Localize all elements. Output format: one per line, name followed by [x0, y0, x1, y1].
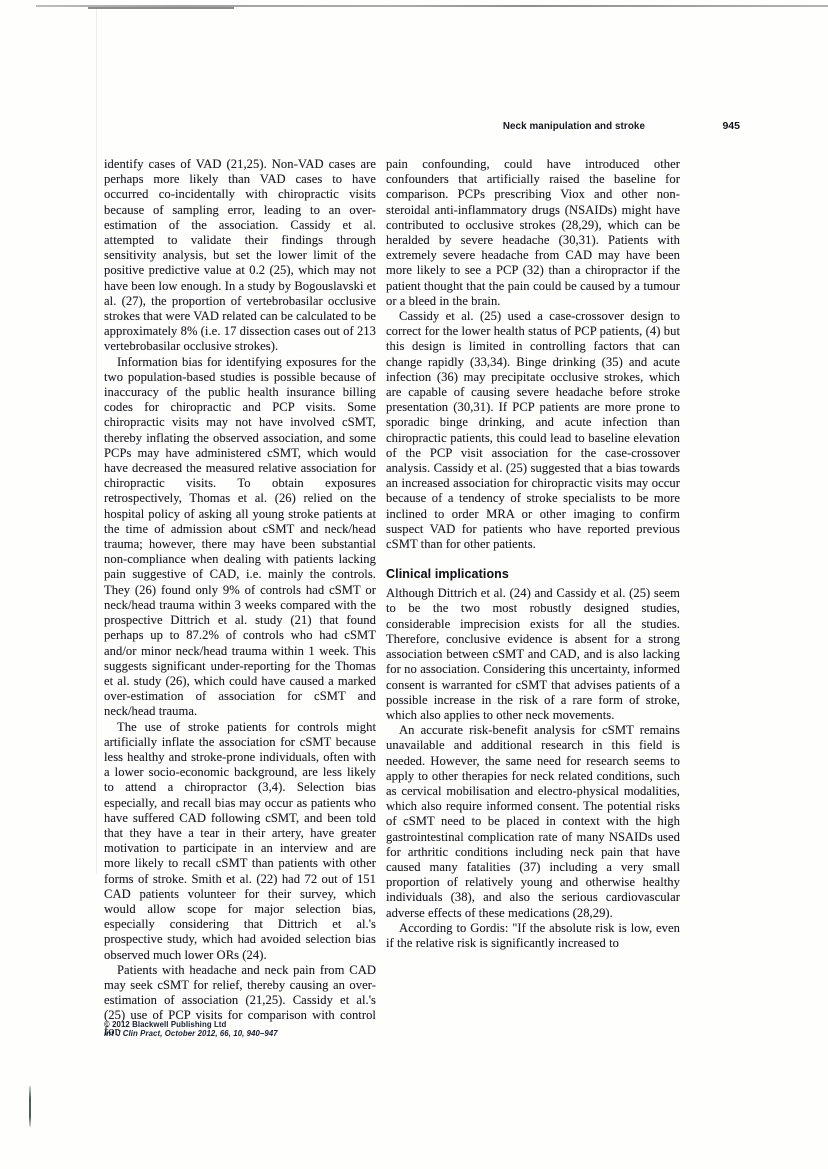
paragraph: Although Dittrich et al. (24) and Cassid…: [386, 586, 680, 723]
section-heading-clinical-implications: Clinical implications: [386, 567, 680, 581]
paragraph: Cassidy et al. (25) used a case-crossove…: [386, 309, 680, 552]
paragraph: The use of stroke patients for controls …: [104, 720, 376, 963]
page-footer: © 2012 Blackwell Publishing Ltd Int J Cl…: [104, 1020, 278, 1038]
right-text-column: pain confounding, could have introduced …: [386, 157, 680, 951]
journal-citation-line: Int J Clin Pract, October 2012, 66, 10, …: [104, 1029, 278, 1038]
paragraph-continued-from-left-column: pain confounding, could have introduced …: [386, 157, 680, 309]
running-head-title: Neck manipulation and stroke: [503, 121, 645, 132]
scan-artifact-top-left-dash: [88, 7, 234, 9]
paragraph: Information bias for identifying exposur…: [104, 355, 376, 720]
scan-artifact-left-streak: [96, 8, 97, 874]
scanned-journal-page: Neck manipulation and stroke 945 identif…: [0, 0, 828, 1169]
paragraph-continues-next-page: According to Gordis: "If the absolute ri…: [386, 921, 680, 951]
scan-artifact-bottom-left-mark: [29, 1086, 31, 1127]
paragraph-continued-from-previous-page: identify cases of VAD (21,25). Non-VAD c…: [104, 157, 376, 355]
left-text-column: identify cases of VAD (21,25). Non-VAD c…: [104, 157, 376, 1039]
paragraph: An accurate risk-benefit analysis for cS…: [386, 723, 680, 921]
copyright-line: © 2012 Blackwell Publishing Ltd: [104, 1020, 278, 1029]
page-number: 945: [722, 120, 740, 132]
